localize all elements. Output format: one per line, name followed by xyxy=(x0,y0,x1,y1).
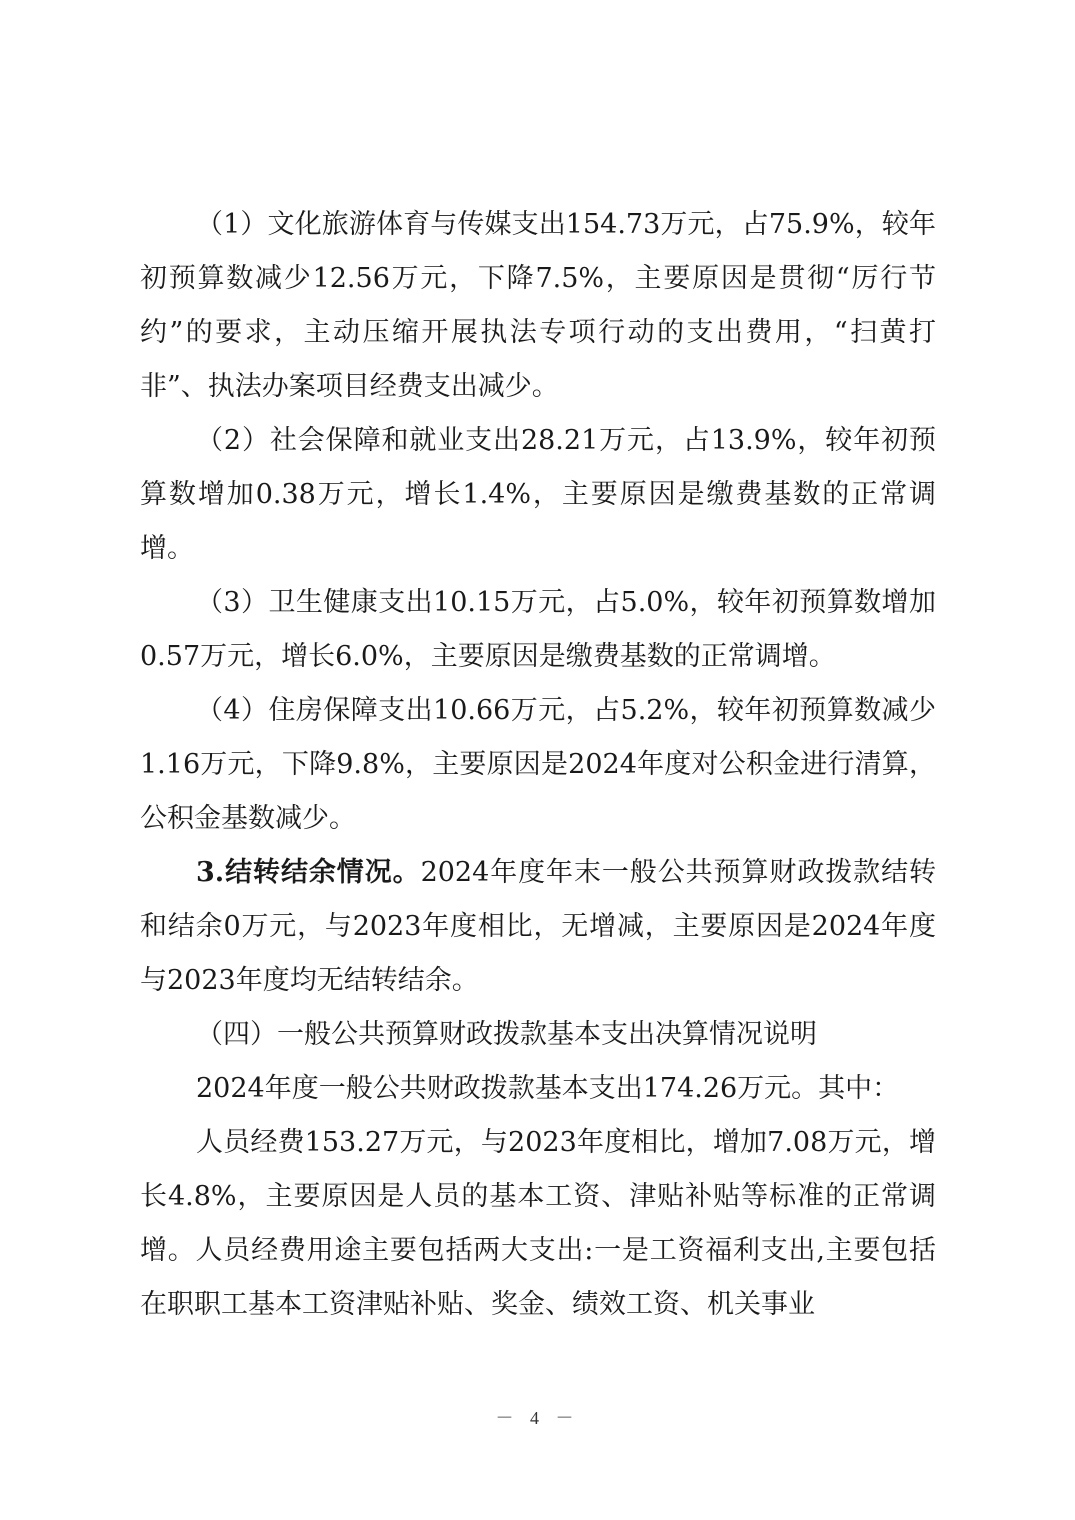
carryover-heading: 3.结转结余情况。 xyxy=(196,857,421,888)
paragraph-carryover-balance: 3.结转结余情况。2024年度年末一般公共预算财政拨款结转和结余0万元，与202… xyxy=(140,846,936,1008)
paragraph-housing-expense: （4）住房保障支出10.66万元，占5.2%，较年初预算数减少1.16万元，下降… xyxy=(140,684,936,846)
paragraph-basic-expense-total: 2024年度一般公共财政拨款基本支出174.26万元。其中： xyxy=(140,1062,936,1116)
document-body: （1）文化旅游体育与传媒支出154.73万元，占75.9%，较年初预算数减少12… xyxy=(140,198,936,1332)
paragraph-health-expense: （3）卫生健康支出10.15万元，占5.0%，较年初预算数增加0.57万元，增长… xyxy=(140,576,936,684)
section-heading-basic-expense: （四）一般公共预算财政拨款基本支出决算情况说明 xyxy=(140,1008,936,1062)
document-page: （1）文化旅游体育与传媒支出154.73万元，占75.9%，较年初预算数减少12… xyxy=(0,0,1075,1520)
paragraph-social-security-expense: （2）社会保障和就业支出28.21万元，占13.9%，较年初预算数增加0.38万… xyxy=(140,414,936,576)
paragraph-culture-tourism-expense: （1）文化旅游体育与传媒支出154.73万元，占75.9%，较年初预算数减少12… xyxy=(140,198,936,414)
page-number: － 4 － xyxy=(0,1404,1075,1430)
paragraph-personnel-expense: 人员经费153.27万元，与2023年度相比，增加7.08万元，增长4.8%，主… xyxy=(140,1116,936,1332)
